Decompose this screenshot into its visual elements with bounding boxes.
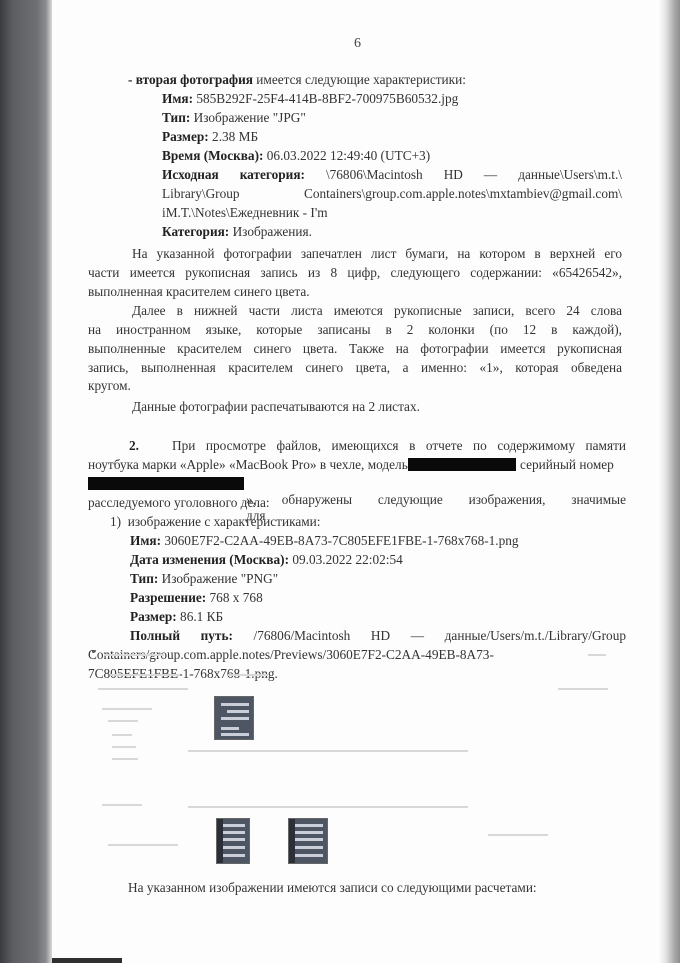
- paragraph-1-line-3: выполненная красителем синего цвета.: [88, 284, 310, 300]
- field-value: /76806/Macintosh HD — данные/Users/m.t./…: [254, 628, 626, 643]
- field-size: Размер: 2.38 МБ: [162, 129, 258, 145]
- field-name: Имя: 585B292F-25F4-414B-8BF2-700975B6053…: [162, 91, 458, 107]
- faint-text: [108, 720, 138, 722]
- field-label: Время (Москва):: [162, 148, 263, 163]
- section-2-line-1: При просмотре файлов, имеющихся в отчете…: [172, 438, 626, 454]
- paragraph-1-line-2: части имеется рукописная запись из 8 циф…: [88, 265, 622, 281]
- paragraph-2-line-2: на иностранном языке, которые записаны в…: [88, 322, 622, 338]
- field-label: Категория:: [162, 224, 229, 239]
- item-field-type: Тип: Изображение "PNG": [130, 571, 278, 587]
- field-source-line2: Library\Group Containers\group.com.apple…: [162, 186, 622, 202]
- item-field-path-line1: Полный путь: /76806/Macintosh HD — данны…: [130, 628, 626, 644]
- faint-text: [110, 674, 180, 676]
- faint-text: [488, 834, 548, 836]
- field-value: 86.1 КБ: [177, 609, 223, 624]
- device-text: ноутбука марки «Apple» «MacBook Pro» в ч…: [88, 457, 408, 472]
- serial-label: серийный номер: [520, 457, 614, 473]
- faint-text: [112, 734, 132, 736]
- bullet-dot: [92, 650, 95, 653]
- paragraph-2-line-5: кругом.: [88, 378, 131, 394]
- photo-intro-text: имеется следующие характеристики:: [253, 72, 466, 87]
- faint-text: [228, 674, 268, 676]
- scanner-edge-left: [0, 0, 52, 963]
- field-label: Размер:: [162, 129, 209, 144]
- field-label: Имя:: [130, 533, 161, 548]
- page-shadow-right: [658, 0, 680, 963]
- item-field-resolution: Разрешение: 768 x 768: [130, 590, 263, 606]
- section-number: 2.: [129, 438, 139, 453]
- field-label: Размер:: [130, 609, 177, 624]
- section-2-line-2: ноутбука марки «Apple» «MacBook Pro» в ч…: [88, 457, 626, 473]
- field-value: 768 x 768: [206, 590, 263, 605]
- image-thumbnail-3: [288, 818, 328, 864]
- paragraph-2-line-3: выполненные красителем синего цвета. Так…: [88, 341, 622, 357]
- field-category: Категория: Изображения.: [162, 224, 312, 240]
- field-value: 585B292F-25F4-414B-8BF2-700975B60532.jpg: [193, 91, 458, 106]
- field-value: 2.38 МБ: [209, 129, 258, 144]
- field-label: Разрешение:: [130, 590, 206, 605]
- closing-text: На указанном изображении имеются записи …: [128, 880, 537, 896]
- photo-intro-bold: - вторая фотография: [128, 72, 253, 87]
- paragraph-2-line-4: запись, выполненная красителем синего цв…: [88, 360, 622, 376]
- section-2-number: 2.: [129, 438, 139, 454]
- field-label: Имя:: [162, 91, 193, 106]
- faint-text: [588, 654, 606, 656]
- image-thumbnail-1: [214, 696, 254, 740]
- section-2-line-4: расследуемого уголовного дела:: [88, 495, 270, 511]
- field-value: 06.03.2022 12:49:40 (UTC+3): [263, 148, 430, 163]
- faint-text: [112, 758, 138, 760]
- faint-text: [102, 804, 142, 806]
- field-value: Изображение "PNG": [158, 571, 278, 586]
- faint-text: [112, 746, 136, 748]
- faint-text: [188, 750, 468, 752]
- redacted-serial: [88, 477, 244, 490]
- item-field-name: Имя: 3060E7F2-C2AA-49EB-8A73-7C805EFE1FB…: [130, 533, 519, 549]
- item-number: 1): [110, 514, 121, 529]
- field-value: 3060E7F2-C2AA-49EB-8A73-7C805EFE1FBE-1-7…: [161, 533, 519, 548]
- faint-text: [104, 654, 164, 656]
- field-type: Тип: Изображение "JPG": [162, 110, 306, 126]
- field-label: Полный путь:: [130, 628, 233, 643]
- section-2-line-3: », обнаружены следующие изображения, зна…: [88, 476, 626, 492]
- field-label: Тип:: [130, 571, 158, 586]
- field-label: Дата изменения (Москва):: [130, 552, 289, 567]
- field-value: Изображения.: [229, 224, 312, 239]
- faint-text: [558, 688, 608, 690]
- faint-text: [102, 708, 152, 710]
- item-field-size: Размер: 86.1 КБ: [130, 609, 223, 625]
- field-time: Время (Москва): 06.03.2022 12:49:40 (UTC…: [162, 148, 430, 164]
- field-source-line3: iM.T.\Notes\Ежедневник - I'm: [162, 205, 328, 221]
- field-source-line1: Исходная категория: \76806\Macintosh HD …: [162, 167, 622, 183]
- paragraph-2-line-1: Далее в нижней части листа имеются рукоп…: [132, 303, 622, 319]
- item-field-modified: Дата изменения (Москва): 09.03.2022 22:0…: [130, 552, 403, 568]
- faint-text: [98, 688, 188, 690]
- paragraph-3: Данные фотографии распечатываются на 2 л…: [132, 399, 420, 415]
- faint-text: [188, 806, 468, 808]
- field-label: Исходная категория:: [162, 167, 305, 182]
- item-title: изображение с характеристиками:: [128, 514, 321, 529]
- faint-text: [108, 844, 178, 846]
- field-label: Тип:: [162, 110, 190, 125]
- image-thumbnail-2: [216, 818, 250, 864]
- paragraph-1-line-1: На указанной фотографии запечатлен лист …: [132, 246, 622, 262]
- redacted-model: [408, 458, 516, 471]
- item-1-header: 1) изображение с характеристиками:: [110, 514, 321, 530]
- field-value: Изображение "JPG": [190, 110, 305, 125]
- field-value: 09.03.2022 22:02:54: [289, 552, 403, 567]
- embedded-screenshot: [88, 644, 608, 869]
- field-value: \76806\Macintosh HD — данные\Users\m.t.\: [326, 167, 622, 182]
- scanner-edge-bottom: [52, 958, 122, 963]
- photo-intro: - вторая фотография имеется следующие ха…: [128, 72, 466, 88]
- page-number: 6: [354, 36, 361, 52]
